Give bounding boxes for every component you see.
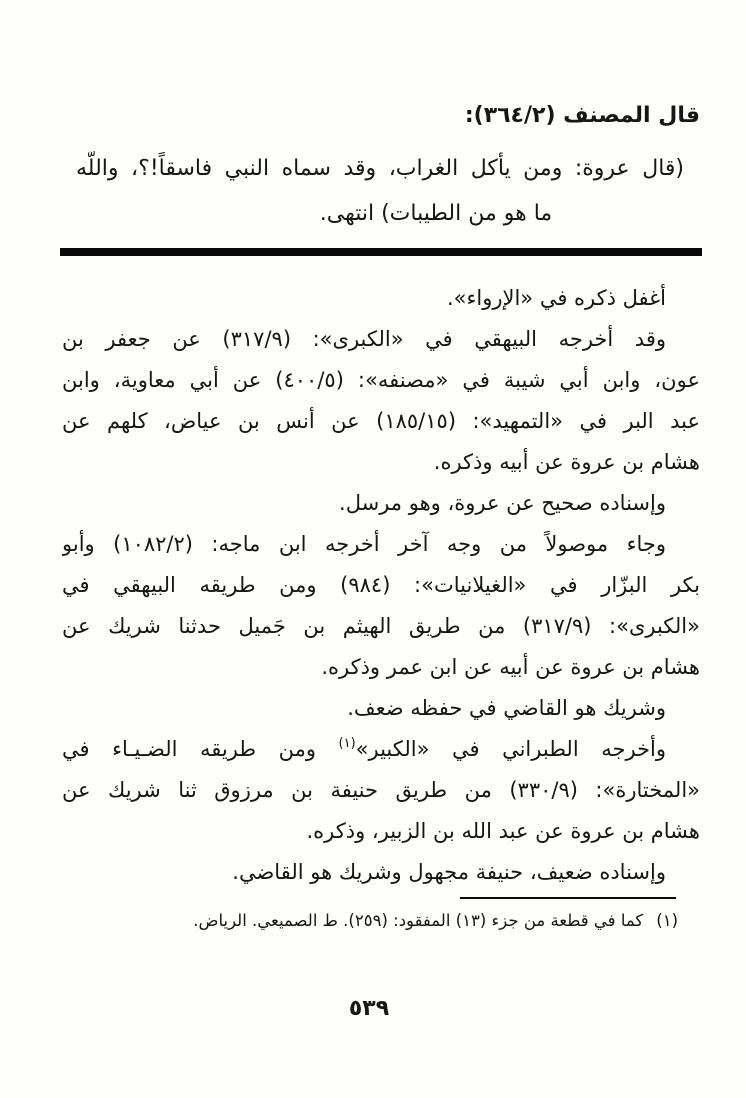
book-page: قال المصنف (٣٦٤/٢): (قال عروة: ومن يأكل … — [0, 0, 746, 1098]
section-divider-rule — [60, 248, 702, 256]
body-line: وقد أخرجه البيهقي في «الكبرى»: (٣١٧/٩) ع… — [62, 319, 700, 360]
body-line: هشام بن عروة عن عبد الله بن الزبير، وذكر… — [62, 811, 700, 852]
page-number: ٥٣٩ — [0, 996, 738, 1021]
body-line: وجاء موصولاً من وجه آخر أخرجه ابن ماجه: … — [62, 524, 700, 565]
body-line: عبد البر في «التمهيد»: (١٨٥/١٥) عن أنس ب… — [62, 401, 700, 442]
quote-line: (قال عروة: ومن يأكل الغراب، وقد سماه الن… — [62, 146, 700, 191]
footnote-separator-rule — [460, 897, 676, 899]
body-line: وشريك هو القاضي في حفظه ضعف. — [62, 688, 700, 729]
body-line: وأخرجه الطبراني في «الكبير»(١) ومن طريقه… — [62, 729, 700, 770]
body-line-text: ومن طريقه الضـيـاء في — [62, 737, 339, 761]
quote-line: ما هو من الطيبات) انتهى. — [62, 191, 700, 236]
body-line: «المختارة»: (٣٣٠/٩) من طريق حنيفة بن مرز… — [62, 770, 700, 811]
body-line: أغفل ذكره في «الإرواء». — [62, 278, 700, 319]
body-line: «الكبرى»: (٣١٧/٩) من طريق الهيثم بن جَمي… — [62, 606, 700, 647]
body-line: هشام بن عروة عن أبيه عن ابن عمر وذكره. — [62, 647, 700, 688]
body-line: هشام بن عروة عن أبيه وذكره. — [62, 442, 700, 483]
footnote-reference-marker: (١) — [339, 736, 356, 751]
page-content: قال المصنف (٣٦٤/٢): (قال عروة: ومن يأكل … — [62, 0, 700, 934]
body-line: بكر البزّار في «الغيلانيات»: (٩٨٤) ومن ط… — [62, 565, 700, 606]
footnote-number: (١) — [656, 911, 678, 930]
footnote: (١)كما في قطعة من جزء (١٣) المفقود: (٢٥٩… — [62, 907, 700, 934]
quote-block: (قال عروة: ومن يأكل الغراب، وقد سماه الن… — [62, 146, 700, 236]
section-header: قال المصنف (٣٦٤/٢): — [62, 100, 700, 132]
body-line: عون، وابن أبي شيبة في «مصنفه»: (٤٠٠/٥) ع… — [62, 360, 700, 401]
body-line-text: وأخرجه الطبراني في «الكبير» — [356, 737, 666, 761]
body-line: وإسناده صحيح عن عروة، وهو مرسل. — [62, 483, 700, 524]
commentary-body: أغفل ذكره في «الإرواء». وقد أخرجه البيهق… — [62, 278, 700, 893]
body-line: وإسناده ضعيف، حنيفة مجهول وشريك هو القاض… — [62, 852, 700, 893]
footnote-text: كما في قطعة من جزء (١٣) المفقود: (٢٥٩). … — [193, 911, 643, 930]
